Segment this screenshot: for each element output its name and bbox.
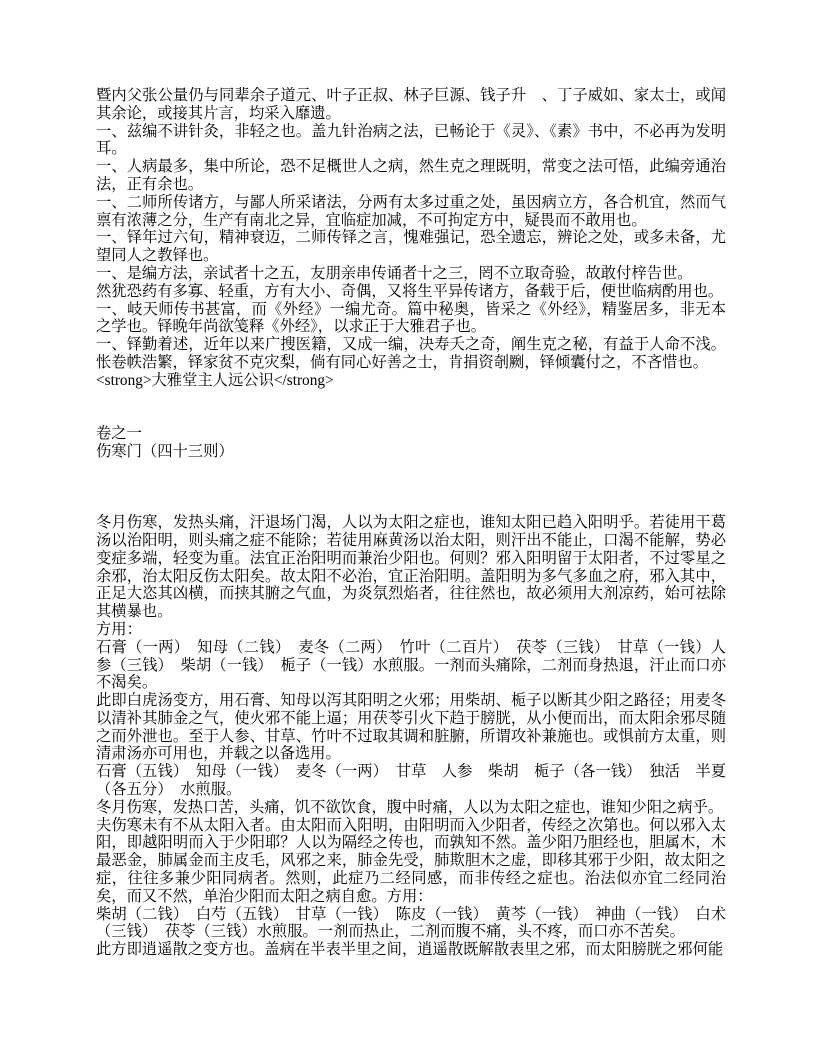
blank-lines [96,390,726,426]
blank-lines [96,461,726,514]
preface-paragraph: 一、兹编不讲针灸，非轻之也。盖九针治病之法，已畅论于《灵》、《素》书中，不必再为… [96,123,726,159]
document-page: 暨内父张公量仍与同辈余子道元、叶子正叔、林子巨源、钱子升 、丁子威如、家太士，或… [0,0,816,1056]
preface-paragraph: 暨内父张公量仍与同辈余子道元、叶子正叔、林子巨源、钱子升 、丁子威如、家太士，或… [96,87,726,123]
preface-paragraph: 一、是编方法，亲试者十之五，友朋亲串传诵者十之三，罔不立取奇验，故敢付梓告世。 [96,265,726,283]
prescription-paragraph: 石膏（一两） 知母（二钱） 麦冬（二两） 竹叶（二百片） 茯苓（三钱） 甘草（一… [96,639,726,692]
body-paragraph: 夫伤寒未有不从太阳入者。由太阳而入阳明，由阳明而入少阳者，传经之次第也。何以邪入… [96,817,726,906]
body-paragraph: 此方即逍遥散之变方也。盖病在半表半里之间，逍遥散既解散表里之邪，而太阳膀胱之邪何… [96,941,726,959]
body-paragraph: 方用： [96,621,726,639]
preface-paragraph: 一、二师所传诸方，与鄙人所采诸法，分两有太多过重之处，虽因病立方，各合机宜，然而… [96,194,726,230]
preface-paragraph: 一、人病最多，集中所论，恐不足概世人之病，然生克之理既明，常变之法可悟，此编旁通… [96,158,726,194]
volume-title: 卷之一 [96,425,726,443]
body-paragraph: 冬月伤寒，发热口苦，头痛，饥不欲饮食，腹中时痛，人以为太阳之症也，谁知少阳之病乎… [96,799,726,817]
preface-paragraph: 一、铎年过六旬，精神衰迈，二师传铎之言，愧难强记，恐全遗忘，辨论之处，或多未备，… [96,229,726,265]
preface-signature: <strong>大雅堂主人远公识</strong> [96,372,726,390]
document-text-block: 暨内父张公量仍与同辈余子道元、叶子正叔、林子巨源、钱子升 、丁子威如、家太士，或… [96,87,726,959]
preface-paragraph: 然犹恐药有多寡、轻重，方有大小、奇偶，又将生平异传诸方，备载于后，便世临病酌用也… [96,283,726,301]
preface-paragraph: 一、岐天师传书甚富，而《外经》一编尤奇。篇中秘奥，皆采之《外经》，精鉴居多，非无… [96,301,726,337]
prescription-paragraph: 石膏（五钱） 知母（一钱） 麦冬（一两） 甘草 人参 柴胡 栀子（各一钱） 独活… [96,763,726,799]
body-paragraph: 此即白虎汤变方，用石膏、知母以泻其阳明之火邪；用柴胡、栀子以断其少阳之路径；用麦… [96,692,726,763]
body-paragraph: 冬月伤寒，发热头痛，汗退场门渴，人以为太阳之症也，谁知太阳已趋入阳明乎。若徒用干… [96,514,726,621]
prescription-paragraph: 柴胡（二钱） 白芍（五钱） 甘草（一钱） 陈皮（一钱） 黄芩（一钱） 神曲（一钱… [96,906,726,942]
section-title: 伤寒门（四十三则） [96,443,726,461]
preface-paragraph: 一、铎勤着述，近年以来广搜医籍，又成一编，决寿夭之奇，阐生克之秘，有益于人命不浅… [96,336,726,372]
